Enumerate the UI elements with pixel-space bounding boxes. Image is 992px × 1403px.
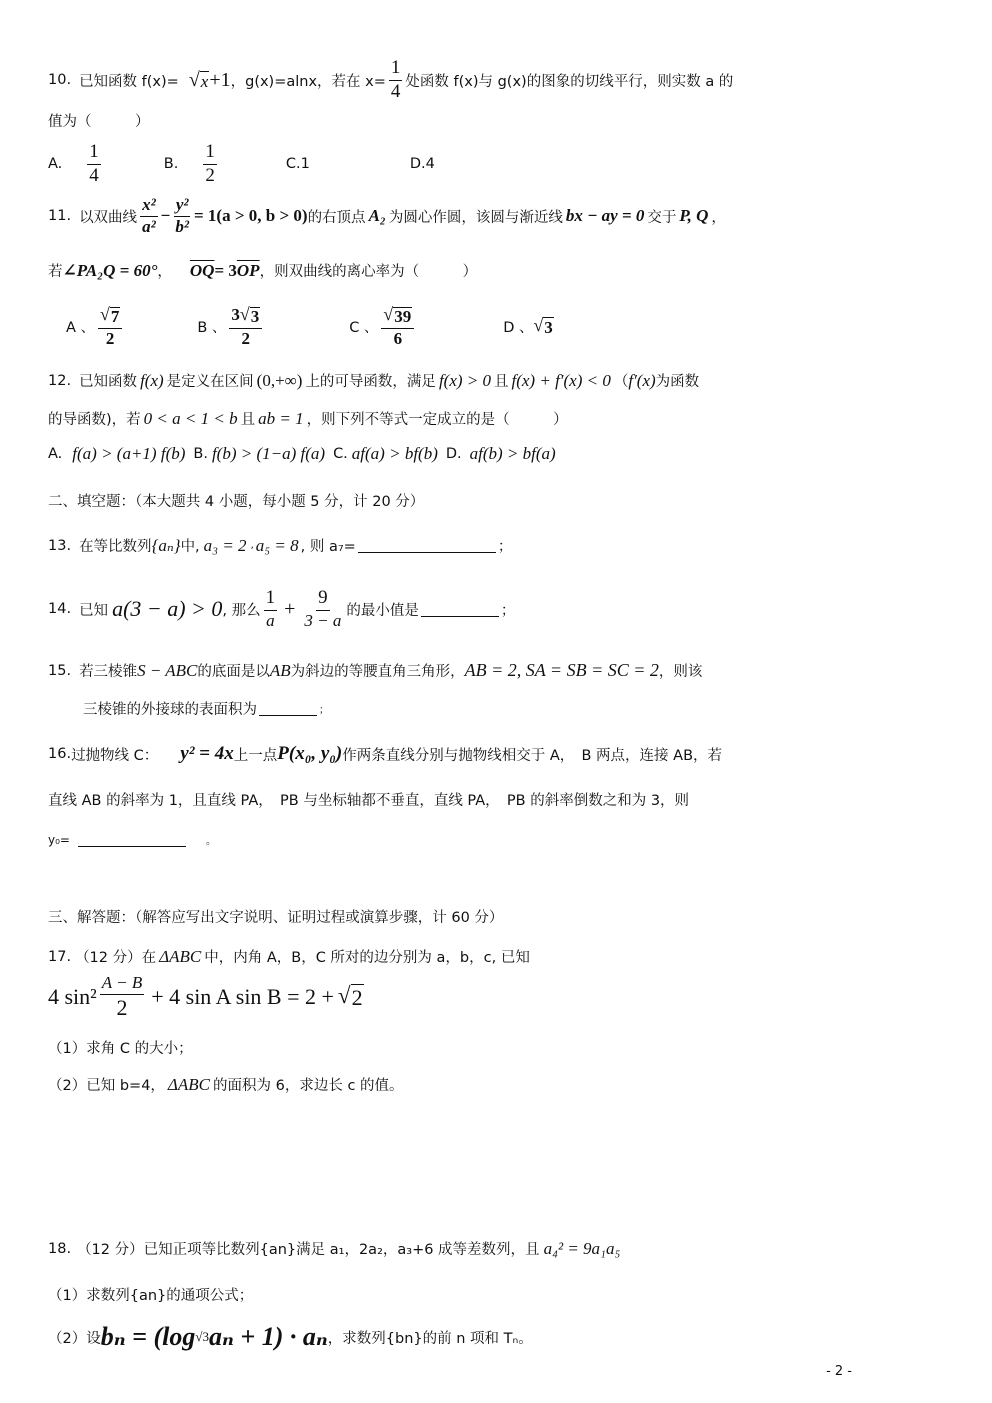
q14-number: 14. [48,601,71,617]
q11-option-c[interactable]: C 、√396 [349,305,417,348]
q10-option-a[interactable]: A.14 [48,142,104,187]
q18-part2: （2）设 bₙ = (log √3 aₙ + 1) · aₙ ，求数列{bn}的… [48,1322,533,1352]
q10-line1: 10. 已知函数 f(x)= √x +1 ，g(x)=alnx，若在 x= 14… [48,58,733,103]
q12-option-c[interactable]: C.af(a) > bf(b) [333,444,438,464]
q12-option-b[interactable]: B.f(b) > (1−a) f(a) [193,444,325,464]
q13-line: 13. 在等比数列 {aₙ} 中, a₃ = 2 , a₅ = 8 , 则 a₇… [48,535,512,556]
q11-line2: 若 ∠PA₂Q = 60° ， OQ = 3 OP ，则双曲线的离心率为（ ） [48,260,477,281]
q12-line2: 的导函数)，若 0 < a < 1 < b 且 ab = 1 ，则下列不等式一定… [48,408,568,429]
q15-answer-blank[interactable] [259,701,317,716]
q11-options: A 、√72 B 、3√32 C 、√396 D 、√3 [66,305,554,348]
q10-option-b[interactable]: B.12 [164,142,220,187]
q11-option-b[interactable]: B 、3√32 [197,305,265,348]
q12-line1: 12. 已知函数 f(x) 是定义在区间 (0,+∞) 上的可导函数，满足 f(… [48,370,699,391]
q15-line2: 三棱锥的外接球的表面积为 ； [83,698,329,719]
q18-number: 18. [48,1241,71,1257]
q11-option-d[interactable]: D 、√3 [503,315,554,338]
q17-number: 17. [48,949,71,965]
q11-number: 11. [48,208,71,224]
q16-line3: y₀= 。 [48,832,216,847]
q12-option-d[interactable]: D.af(b) > bf(a) [446,444,556,464]
q13-answer-blank[interactable] [358,538,496,553]
section-3-heading: 三、解答题：（解答应写出文字说明、证明过程或演算步骤，计 60 分） [48,906,503,927]
q12-option-a[interactable]: A.f(a) > (a+1) f(b) [48,444,185,464]
q10-option-d[interactable]: D.4 [410,156,435,172]
q17-part1: （1）求角 C 的大小； [48,1037,193,1058]
q16-number: 16. [48,746,71,762]
q12-options: A.f(a) > (a+1) f(b) B.f(b) > (1−a) f(a) … [48,444,556,464]
section-2-heading: 二、填空题：（本大题共 4 小题，每小题 5 分，计 20 分） [48,490,424,511]
sqrt-x: √x [189,69,210,92]
q18-line1: 18. （12 分）已知正项等比数列{an}满足 a₁，2a₂，a₃+6 成等差… [48,1238,620,1259]
page-number: - 2 - [826,1364,852,1379]
q12-number: 12. [48,373,71,389]
q15-line1: 15. 若三棱锥 S − ABC 的底面是以 AB 为斜边的等腰直角三角形， A… [48,660,702,681]
q17-line1: 17. （12 分）在 ΔABC 中，内角 A，B，C 所对的边分别为 a，b，… [48,946,530,967]
q15-number: 15. [48,663,71,679]
q10-option-c[interactable]: C.1 [286,156,310,172]
q13-number: 13. [48,538,71,554]
q10-line2: 值为（ ） [48,110,150,131]
q10-number: 10. [48,72,71,88]
q16-line2: 直线 AB 的斜率为 1，且直线 PA， PB 与坐标轴都不垂直，直线 PA， … [48,789,689,810]
q17-equation: 4 sin² A − B2 + 4 sin A sin B = 2 + √2 [48,974,364,1020]
q14-answer-blank[interactable] [421,602,499,617]
q11-option-a[interactable]: A 、√72 [66,305,125,348]
q11-line1: 11. 以双曲线 x²a² − y²b² = 1(a > 0, b > 0) 的… [48,196,726,236]
q16-answer-blank[interactable] [78,832,186,847]
q10-options: A.14 B.12 C.1 D.4 [48,142,435,187]
q17-part2: （2）已知 b=4， ΔABC 的面积为 6，求边长 c 的值。 [48,1074,404,1095]
q18-part1: （1）求数列{an}的通项公式； [48,1284,253,1305]
fraction-one-quarter: 14 [389,58,403,103]
q16-line1: 16. 过抛物线 C： y² = 4x 上一点 P(x₀, y₀) 作两条直线分… [48,743,722,765]
q14-line: 14. 已知 a(3 − a) > 0 , 那么 1a + 93 − a 的最小… [48,588,515,631]
